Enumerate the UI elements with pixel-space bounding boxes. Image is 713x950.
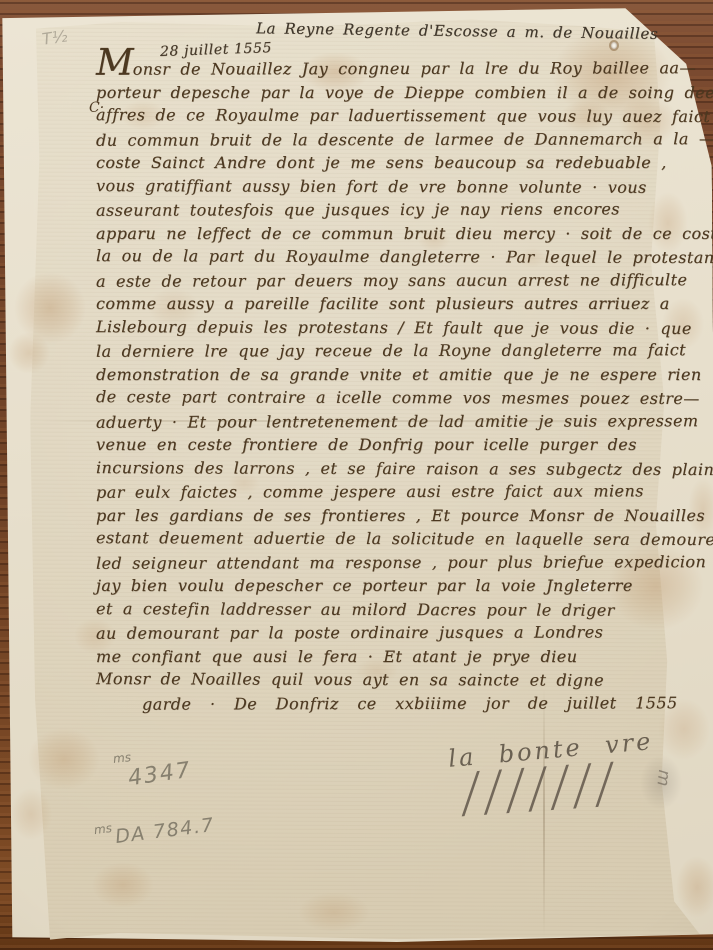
letter-line-12: Lislebourg depuis les protestans / Et fa… bbox=[96, 315, 671, 340]
letter-line-22: led seigneur attendant ma response , pou… bbox=[96, 550, 671, 575]
letter-line-9: la ou de la part du Royaulme dangleterre… bbox=[96, 244, 671, 269]
manuscript-photo: La Reyne Regente d'Escosse a m. de Nouai… bbox=[0, 0, 713, 950]
letter-line-6: vous gratiffiant aussy bien fort de vre … bbox=[96, 174, 671, 199]
letter-line-17: venue en ceste frontiere de Donfrig pour… bbox=[96, 433, 671, 457]
letter-body: Monsr de Nouaillez Jay congneu par la lr… bbox=[96, 57, 671, 715]
letter-line-5: coste Sainct Andre dont je me sens beauc… bbox=[96, 151, 671, 175]
letter-line-24: et a cestefin laddresser au milord Dacre… bbox=[96, 597, 671, 622]
letter-line-3: affres de ce Royaulme par laduertissemen… bbox=[96, 103, 671, 128]
letter-line-20: par les gardians de ses frontieres , Et … bbox=[96, 504, 671, 528]
letter-line-25: au demourant par la poste ordinaire jusq… bbox=[96, 620, 671, 645]
letter-line-13: la derniere lre que jay receue de la Roy… bbox=[96, 338, 671, 363]
pencil-edge-mark: m bbox=[652, 769, 674, 788]
letter-line-16: aduerty · Et pour lentretenement de lad … bbox=[96, 409, 671, 434]
letter-line-28: garde · De Donfriz ce xxbiiime jor de ju… bbox=[96, 691, 671, 716]
letter-line-21: estant deuement aduertie de la solicitud… bbox=[96, 526, 671, 551]
shelfmark-ms-label: ms bbox=[93, 821, 113, 837]
letter-line-27: Monsr de Noailles quil vous ayt en sa sa… bbox=[96, 667, 671, 692]
letter-line-4: du commun bruit de la descente de larmee… bbox=[96, 127, 671, 152]
letter-line-11: comme aussy a pareille facilite sont plu… bbox=[96, 292, 671, 316]
letter-line-26: me confiant que ausi le fera · Et atant … bbox=[96, 645, 671, 669]
letter-line-8: apparu ne leffect de ce commun bruit die… bbox=[96, 222, 671, 246]
signature-flourish: /////// bbox=[461, 751, 619, 825]
letter-line-19: par eulx faictes , comme jespere ausi es… bbox=[96, 479, 671, 504]
letter-line-1: Monsr de Nouaillez Jay congneu par la lr… bbox=[96, 56, 671, 81]
pencil-folio-mark: T½ bbox=[41, 26, 69, 48]
paper-hole bbox=[611, 42, 617, 49]
letter-line-2: porteur depesche par la voye de Dieppe c… bbox=[96, 81, 671, 105]
letter-line-10: a este de retour par deuers moy sans auc… bbox=[96, 268, 671, 293]
shelfmark-ms-label: ms bbox=[112, 750, 131, 766]
letter-line-15: de ceste part contraire a icelle comme v… bbox=[96, 385, 671, 410]
letter-line-14: demonstration de sa grande vnite et amit… bbox=[96, 363, 671, 387]
letter-line-23: jay bien voulu depescher ce porteur par … bbox=[96, 574, 671, 598]
letter-line-7: asseurant toutesfois que jusques icy je … bbox=[96, 197, 671, 222]
letter-line-18: incursions des larrons , et se faire rai… bbox=[96, 456, 671, 481]
